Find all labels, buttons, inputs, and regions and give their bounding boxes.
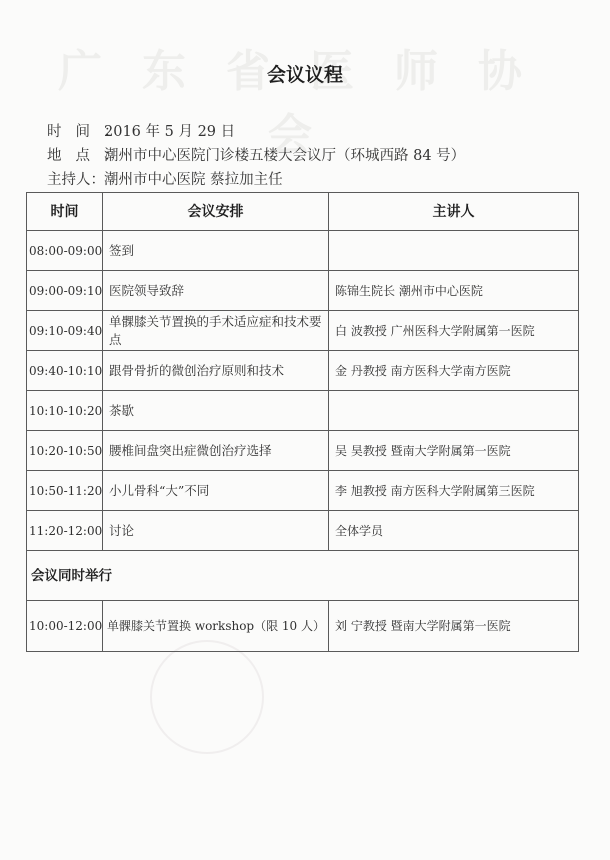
header-time: 时间 (27, 193, 103, 231)
table-row: 09:10-09:40 单髁膝关节置换的手术适应症和技术要点 白 波教授 广州医… (27, 311, 579, 351)
faint-stamp (150, 640, 264, 754)
header-agenda: 会议安排 (103, 193, 329, 231)
row-speaker: 刘 宁教授 暨南大学附属第一医院 (329, 601, 579, 652)
row-time: 11:20-12:00 (27, 511, 103, 551)
row-time: 09:40-10:10 (27, 351, 103, 391)
table-row: 08:00-09:00 签到 (27, 231, 579, 271)
table-row: 09:40-10:10 跟骨骨折的微创治疗原则和技术 金 丹教授 南方医科大学南… (27, 351, 579, 391)
row-time: 08:00-09:00 (27, 231, 103, 271)
agenda-table: 时间 会议安排 主讲人 08:00-09:00 签到 09:00-09:10 医… (26, 192, 579, 652)
row-speaker: 李 旭教授 南方医科大学附属第三医院 (329, 471, 579, 511)
row-item: 单髁膝关节置换 workshop（限 10 人） (103, 601, 329, 652)
row-item: 跟骨骨折的微创治疗原则和技术 (103, 351, 329, 391)
row-item: 签到 (103, 231, 329, 271)
row-time: 10:10-10:20 (27, 391, 103, 431)
meeting-host-label: 主持人： (47, 168, 104, 192)
table-row: 10:00-12:00 单髁膝关节置换 workshop（限 10 人） 刘 宁… (27, 601, 579, 652)
meeting-location-value: 潮州市中心医院门诊楼五楼大会议厅（环城西路 84 号） (104, 148, 465, 164)
row-item: 单髁膝关节置换的手术适应症和技术要点 (103, 311, 329, 351)
table-row: 10:20-10:50 腰椎间盘突出症微创治疗选择 吴 昊教授 暨南大学附属第一… (27, 431, 579, 471)
row-speaker: 金 丹教授 南方医科大学南方医院 (329, 351, 579, 391)
meeting-location-label: 地点： (47, 144, 104, 168)
row-item: 腰椎间盘突出症微创治疗选择 (103, 431, 329, 471)
row-item: 医院领导致辞 (103, 271, 329, 311)
row-item: 茶歇 (103, 391, 329, 431)
meeting-time-label: 时间： (47, 120, 104, 144)
header-speaker: 主讲人 (329, 193, 579, 231)
row-time: 09:00-09:10 (27, 271, 103, 311)
table-row: 11:20-12:00 讨论 全体学员 (27, 511, 579, 551)
meeting-time-value: 2016 年 5 月 29 日 (104, 124, 235, 140)
row-item: 讨论 (103, 511, 329, 551)
row-time: 10:00-12:00 (27, 601, 103, 652)
row-speaker (329, 391, 579, 431)
table-row: 09:00-09:10 医院领导致辞 陈锦生院长 潮州市中心医院 (27, 271, 579, 311)
row-time: 09:10-09:40 (27, 311, 103, 351)
meeting-host-value: 潮州市中心医院 蔡拉加主任 (104, 172, 283, 188)
page-title: 会议议程 (0, 60, 610, 87)
meeting-host: 主持人：潮州市中心医院 蔡拉加主任 (47, 168, 465, 192)
table-row: 10:10-10:20 茶歇 (27, 391, 579, 431)
row-speaker: 吴 昊教授 暨南大学附属第一医院 (329, 431, 579, 471)
row-speaker: 白 波教授 广州医科大学附属第一医院 (329, 311, 579, 351)
table-row: 10:50-11:20 小儿骨科“大”不同 李 旭教授 南方医科大学附属第三医院 (27, 471, 579, 511)
row-time: 10:50-11:20 (27, 471, 103, 511)
row-time: 10:20-10:50 (27, 431, 103, 471)
section-row: 会议同时举行 (27, 551, 579, 601)
meeting-info: 时间：2016 年 5 月 29 日 地点：潮州市中心医院门诊楼五楼大会议厅（环… (47, 120, 465, 192)
row-item: 小儿骨科“大”不同 (103, 471, 329, 511)
table-header-row: 时间 会议安排 主讲人 (27, 193, 579, 231)
meeting-location: 地点：潮州市中心医院门诊楼五楼大会议厅（环城西路 84 号） (47, 144, 465, 168)
row-speaker: 全体学员 (329, 511, 579, 551)
row-speaker: 陈锦生院长 潮州市中心医院 (329, 271, 579, 311)
row-speaker (329, 231, 579, 271)
section-label: 会议同时举行 (27, 551, 579, 601)
meeting-time: 时间：2016 年 5 月 29 日 (47, 120, 465, 144)
